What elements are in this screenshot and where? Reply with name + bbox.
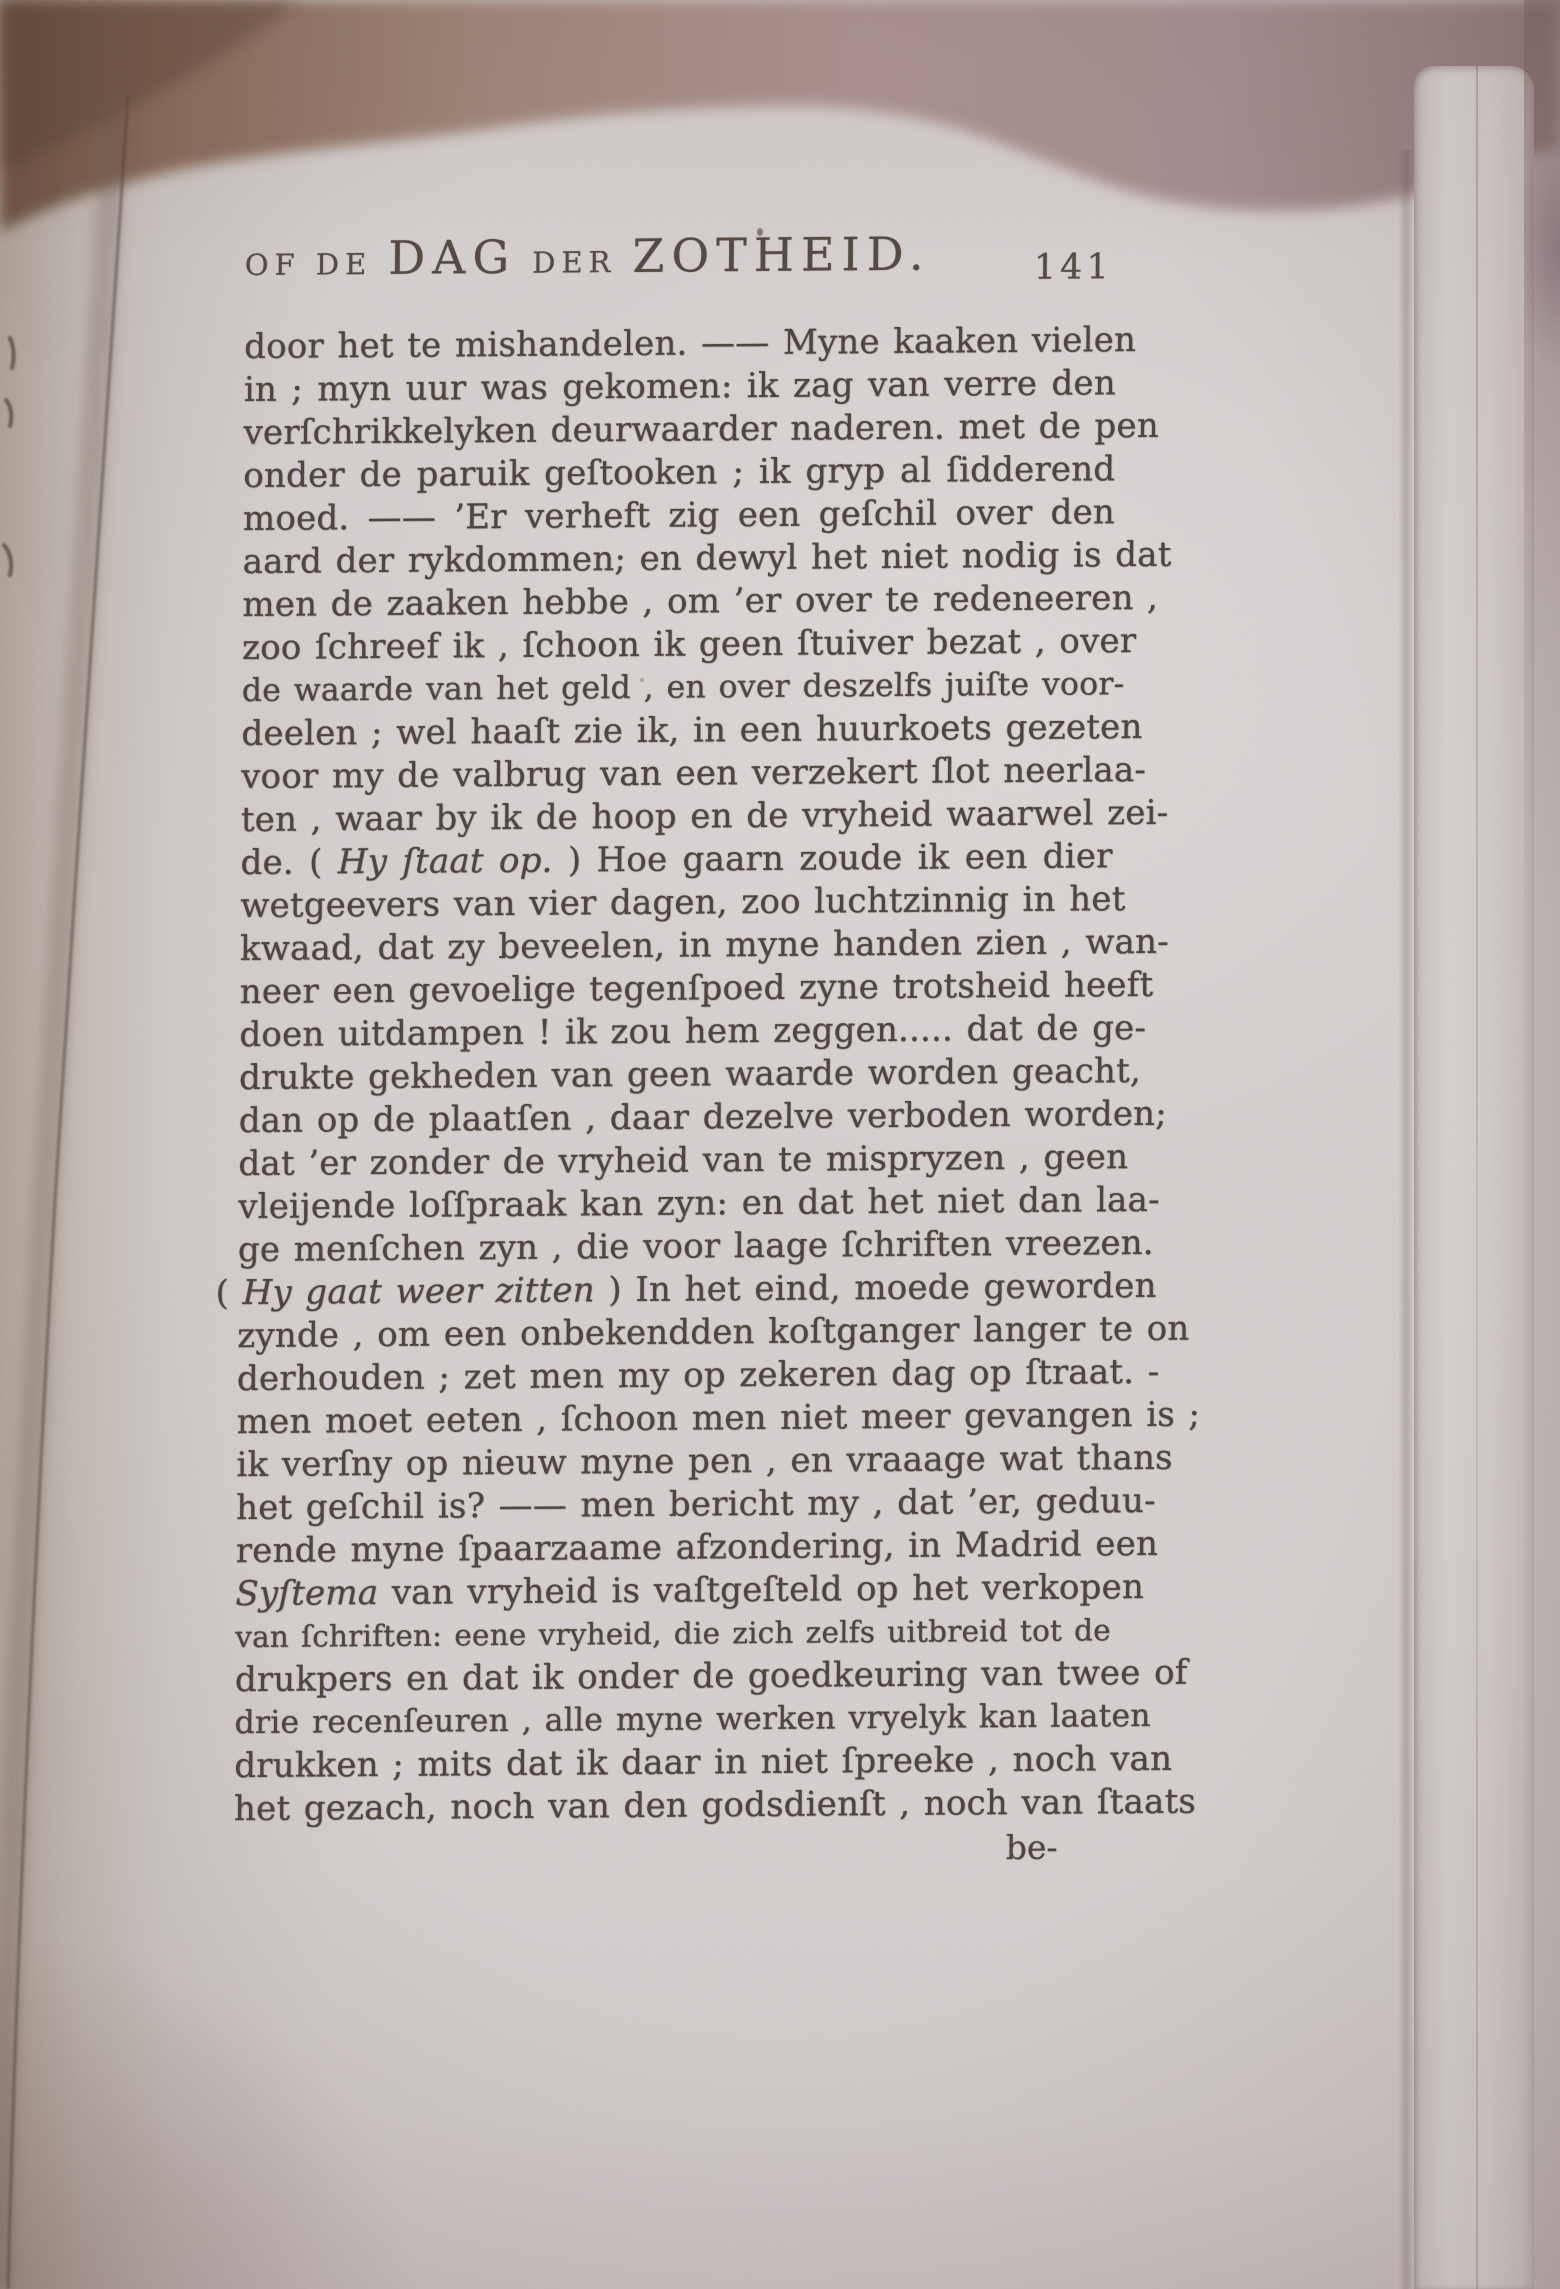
text-line: neer een gevoelige tegenſpoed zyne trots… [240, 964, 1112, 1014]
text-line: kwaad, dat zy beveelen, in myne handen z… [240, 921, 1112, 971]
text-line: door het te mishandelen. —— Myne kaaken … [244, 319, 1116, 369]
header-zotheid: ZOTHEID. [632, 227, 930, 283]
text-line: ik verſny op nieuw myne pen , en vraaage… [236, 1437, 1108, 1487]
header-der: DER [532, 245, 617, 280]
text-line: rende myne ſpaarzaame afzondering, in Ma… [236, 1523, 1108, 1573]
header-dag: DAG [388, 230, 516, 285]
text-line: dat ’er zonder de vryheid van te mispryz… [238, 1136, 1110, 1186]
text-line: ten , waar by ik de hoop en de vryheid w… [241, 792, 1113, 842]
header-of-de: OF DE [245, 247, 373, 282]
body-text: door het te mishandelen. —— Myne kaaken … [234, 319, 1116, 1831]
text-line: men de zaaken hebbe , om ’er over te red… [242, 577, 1114, 627]
text-line: doen uitdampen ! ik zou hem zeggen..... … [239, 1007, 1111, 1057]
text-line: moed. —— ’Er verheft zig een geſchil ove… [243, 491, 1115, 541]
book-photo: { "colors": { "paper": "#d6d2d1", "ink":… [0, 0, 1560, 2289]
text-line: aard der rykdommen; en dewyl het niet no… [243, 534, 1115, 584]
text-line: drukte gekheden van geen waarde worden g… [239, 1050, 1111, 1100]
text-line: in ; myn uur was gekomen: ik zag van ver… [244, 362, 1116, 412]
text-line: het geſchil is? —— men bericht my , dat … [236, 1480, 1108, 1530]
text-line: de waarde van het geld , en over deszelf… [242, 663, 1114, 713]
page-text-block: OF DE DAG DER ZOTHEID. 141 door het te m… [234, 225, 1117, 1877]
ink-speck [640, 678, 644, 682]
catchword: be- [1006, 1828, 1058, 1867]
text-line: Syſtema van vryheid is vaſtgeſteld op he… [235, 1566, 1107, 1616]
text-line: men moet eeten , ſchoon men niet meer ge… [237, 1394, 1109, 1444]
text-line: drukken ; mits dat ik daar in niet ſpree… [234, 1738, 1106, 1788]
text-line: verſchrikkelyken deurwaarder naderen. me… [243, 405, 1115, 455]
text-line: de. ( Hy ſtaat op. ) Hoe gaarn zoude ik … [240, 835, 1112, 885]
text-line: derhouden ; zet men my op zekeren dag op… [237, 1351, 1109, 1401]
text-line: ( Hy gaat weer zitten ) In het eind, moe… [215, 1265, 1101, 1315]
text-line: zynde , om een onbekendden koſtganger la… [237, 1308, 1109, 1358]
text-line: vleijende loſſpraak kan zyn: en dat het … [238, 1179, 1110, 1229]
text-line: het gezach, noch van den godsdienſt , no… [234, 1781, 1106, 1831]
text-line: wetgeevers van vier dagen, zoo luchtzinn… [240, 878, 1112, 928]
text-line: voor my de valbrug van een verzekert ſlo… [241, 749, 1113, 799]
page-number: 141 [1034, 247, 1113, 288]
running-header: OF DE DAG DER ZOTHEID. 141 [245, 225, 1117, 286]
page-right-edge [1398, 150, 1414, 2289]
text-line: onder de paruik geſtooken ; ik gryp al ſ… [243, 448, 1115, 498]
fore-edge-pages [1414, 66, 1534, 2289]
fore-edge-crease [1476, 66, 1478, 2289]
text-line: drukpers en dat ik onder de goedkeuring … [235, 1652, 1107, 1702]
text-line: ge menſchen zyn , die voor laage ſchrift… [238, 1222, 1110, 1272]
text-line: zoo ſchreef ik , ſchoon ik geen ſtuiver … [242, 620, 1114, 670]
text-line: deelen ; wel haaſt zie ik, in een huurko… [241, 706, 1113, 756]
text-line: van ſchriften: eene vryheid, die zich ze… [235, 1609, 1107, 1659]
text-line: dan op de plaatſen , daar dezelve verbod… [239, 1093, 1111, 1143]
text-line: drie recenſeuren , alle myne werken vrye… [234, 1695, 1106, 1745]
catchword-line: be- [234, 1824, 1106, 1877]
ink-speck [757, 228, 763, 236]
